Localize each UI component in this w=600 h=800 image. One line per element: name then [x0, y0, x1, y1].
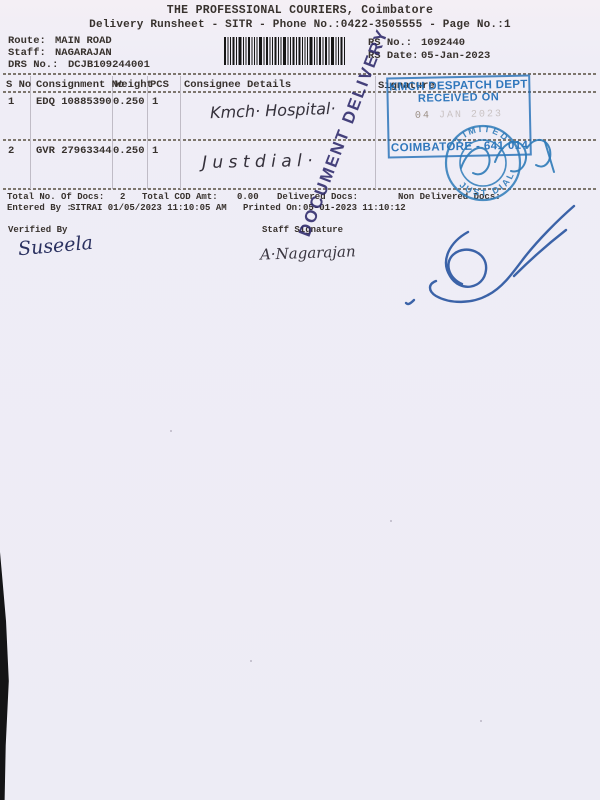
- route-label: Route:: [8, 35, 46, 47]
- staff-label: Staff:: [8, 47, 46, 59]
- rs-no-value: 1092440: [421, 37, 465, 49]
- row2-consignment-no: GVR 27963344: [36, 145, 112, 157]
- row1-pcs: 1: [152, 96, 158, 108]
- runsheet-subtitle: Delivery Runsheet - SITR - Phone No.:042…: [0, 19, 600, 31]
- total-docs-label: Total No. Of Docs:: [7, 192, 104, 202]
- drs-no-label: DRS No.:: [8, 59, 58, 71]
- scan-speck: [390, 520, 392, 522]
- drs-no-value: DCJB109244001: [68, 59, 150, 71]
- col-header-pcs: PCS: [150, 79, 169, 91]
- col-header-weight: Weight: [115, 79, 153, 91]
- barcode: [224, 37, 346, 65]
- column-divider: [112, 76, 113, 189]
- verified-by-signature: Suseela: [17, 232, 94, 260]
- row1-consignment-no: EDQ 10885390: [36, 96, 112, 108]
- scan-speck: [170, 430, 172, 432]
- row1-sno: 1: [8, 96, 14, 108]
- column-divider: [375, 76, 376, 189]
- row2-weight: 0.250: [113, 145, 145, 157]
- entered-by-label: Entered By :: [7, 203, 72, 213]
- col-header-consignment: Consignment No: [36, 79, 124, 91]
- entered-by-value: SITRAI 01/05/2023 11:10:05 AM: [70, 203, 227, 213]
- staff-signature-handwriting: A·Nagarajan: [260, 242, 356, 263]
- scan-speck: [250, 660, 252, 662]
- row1-consignee-handwriting: Kmch· Hospital·: [210, 99, 336, 122]
- staff-value: NAGARAJAN: [55, 47, 112, 59]
- col-header-consignee: Consignee Details: [184, 79, 291, 91]
- company-title: THE PROFESSIONAL COURIERS, Coimbatore: [0, 4, 600, 17]
- printed-on-label: Printed On:: [243, 203, 302, 213]
- row2-pcs: 1: [152, 145, 158, 157]
- seal-signature-scribble: [447, 130, 559, 188]
- scan-speck: [480, 720, 482, 722]
- column-divider: [180, 76, 181, 189]
- verified-by-label: Verified By: [8, 225, 67, 235]
- total-docs-value: 2: [120, 192, 125, 202]
- rs-date-value: 05-Jan-2023: [421, 50, 490, 62]
- col-header-sno: S No: [6, 79, 31, 91]
- total-cod-label: Total COD Amt:: [142, 192, 218, 202]
- column-divider: [147, 76, 148, 189]
- row2-sno: 2: [8, 145, 14, 157]
- row1-weight: 0.250: [113, 96, 145, 108]
- route-value: MAIN ROAD: [55, 35, 112, 47]
- scan-edge-shadow: [0, 552, 11, 800]
- total-cod-value: 0.00: [237, 192, 259, 202]
- scanned-delivery-runsheet: THE PROFESSIONAL COURIERS, Coimbatore De…: [0, 0, 600, 800]
- recipient-signature: [398, 196, 583, 311]
- row2-consignee-handwriting: J u s t d i a l ·: [202, 151, 313, 173]
- column-divider: [30, 76, 31, 189]
